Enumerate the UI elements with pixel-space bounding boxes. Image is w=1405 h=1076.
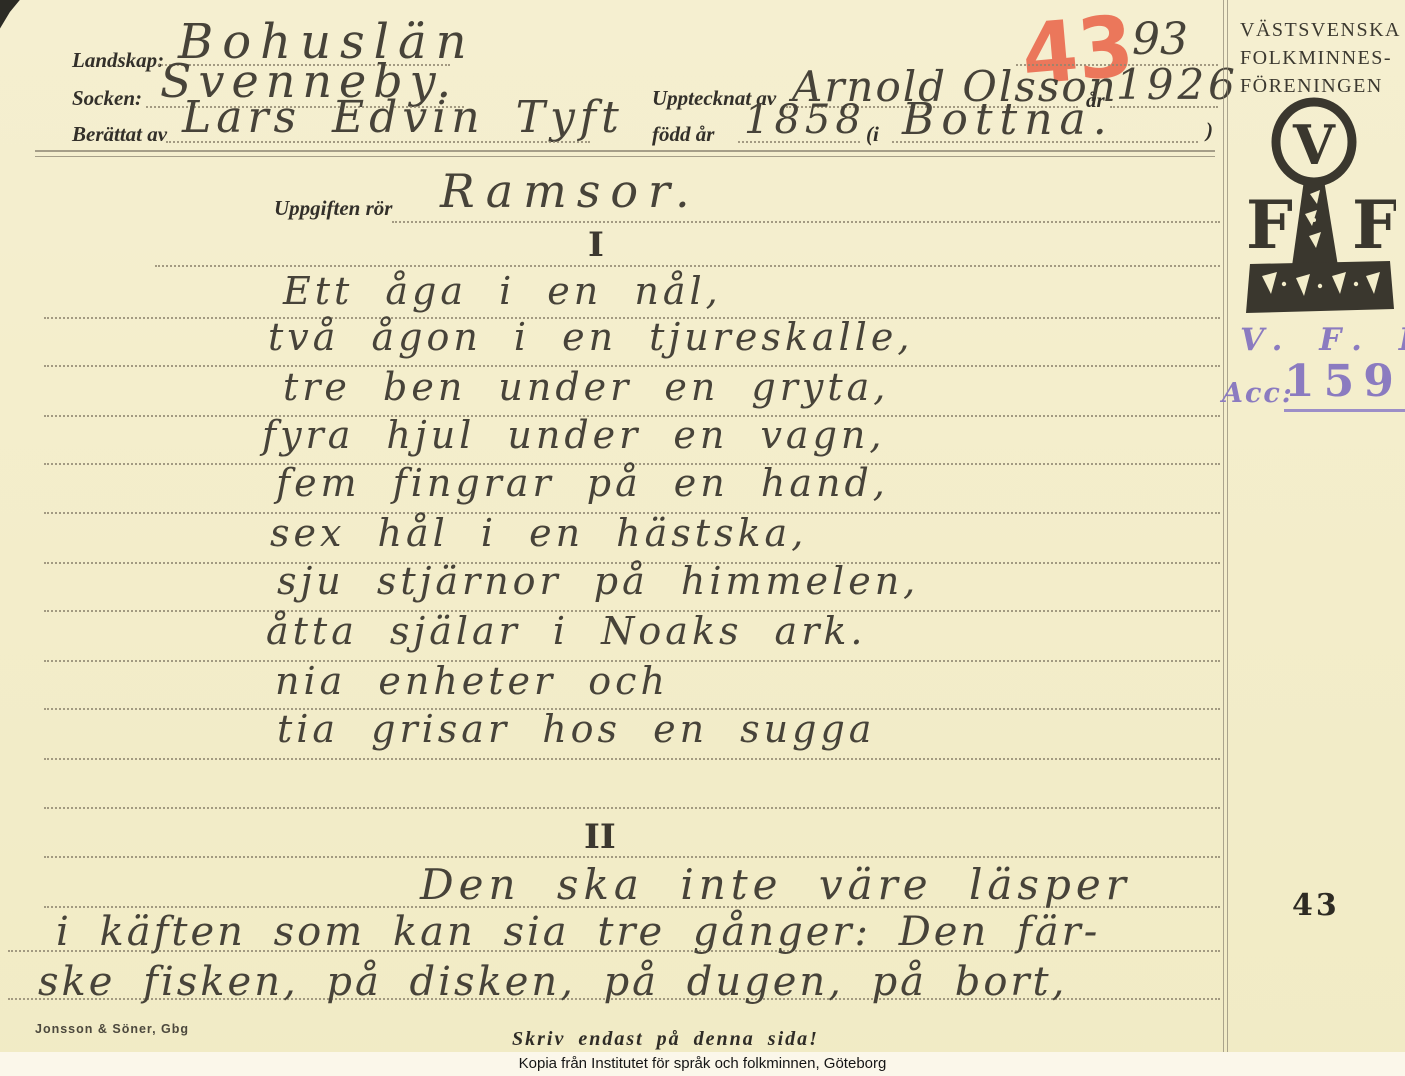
acc-stamp-number: 1595 <box>1284 356 1405 412</box>
rhyme-line: åtta själar i Noaks ark. <box>266 612 866 650</box>
rhyme-line: sju stjärnor på himmelen, <box>277 562 919 600</box>
socken-label: Socken: <box>72 86 142 111</box>
logo-letter-v: V <box>1292 113 1336 177</box>
section2-numeral: II <box>584 820 616 854</box>
ar-value: 1926 <box>1116 64 1239 106</box>
page-number: 43 <box>1292 888 1340 923</box>
subject-label: Uppgiften rör <box>274 196 392 221</box>
rhyme-line: två ågon i en tjureskalle, <box>268 318 913 356</box>
rhyme-line: tia grisar hos en sugga <box>277 710 875 748</box>
ruled-line <box>166 141 590 143</box>
rhyme-line: nia enheter och <box>275 662 669 700</box>
ruled-line <box>155 265 1220 267</box>
berattat-label: Berättat av <box>72 122 167 147</box>
ruled-line <box>44 856 1220 858</box>
rhyme-line: sex hål i en hästska, <box>270 514 807 552</box>
fodd-value: 1858 <box>744 100 866 140</box>
vff-stamp-initials: V. F. F. <box>1240 322 1405 358</box>
rhyme-line: i käften som kan sia tre gånger: Den fär… <box>56 912 1100 952</box>
rhyme-line: fyra hjul under en vagn, <box>262 416 885 454</box>
org-name-line2: FOLKMINNES- <box>1240 44 1401 72</box>
ruled-line <box>738 141 860 143</box>
logo-letter-f-left: F <box>1246 186 1293 264</box>
subject-value: Ramsor. <box>440 168 700 214</box>
rhyme-line: ske fisken, på disken, på dugen, på bort… <box>38 962 1067 1002</box>
archive-card: Landskap: Bohuslän Socken: Svenneby. Ber… <box>0 0 1405 1076</box>
berattat-value: Lars Edvin Tyft <box>182 96 624 140</box>
ruled-line <box>44 807 1220 809</box>
overwritten-number: 93 <box>1132 18 1188 62</box>
printer-imprint: Jonsson & Söner, Gbg <box>35 1022 189 1036</box>
org-name-line1: VÄSTSVENSKA <box>1240 16 1401 44</box>
rhyme-line: Den ska inte väre läsper <box>420 864 1131 906</box>
copy-note: Kopia från Institutet för språk och folk… <box>0 1052 1405 1076</box>
place-prefix: (i <box>866 122 879 147</box>
ruled-line <box>892 141 1198 143</box>
ruled-line <box>1110 106 1218 108</box>
write-one-side-note: Skriv endast på denna sida! <box>512 1028 819 1051</box>
scan-corner-artifact <box>0 0 22 30</box>
vff-hammer-logo: V F F <box>1244 96 1396 324</box>
org-name: VÄSTSVENSKA FOLKMINNES- FÖRENINGEN <box>1240 16 1401 100</box>
header-divider <box>35 150 1215 157</box>
rhyme-line: fem fingrar på en hand, <box>276 464 889 502</box>
rhyme-line: Ett åga i en nål, <box>283 272 722 310</box>
fodd-label: född år <box>652 122 714 147</box>
margin-divider <box>1223 0 1228 1054</box>
ruled-line <box>44 758 1220 760</box>
rhyme-line: tre ben under en gryta, <box>283 368 889 406</box>
section1-numeral: I <box>588 228 604 262</box>
ruled-line <box>392 221 1220 223</box>
place-value: Bottna. <box>902 98 1114 142</box>
logo-letter-f-right: F <box>1352 186 1396 264</box>
place-suffix: ) <box>1206 118 1213 143</box>
landskap-label: Landskap: <box>72 48 164 73</box>
